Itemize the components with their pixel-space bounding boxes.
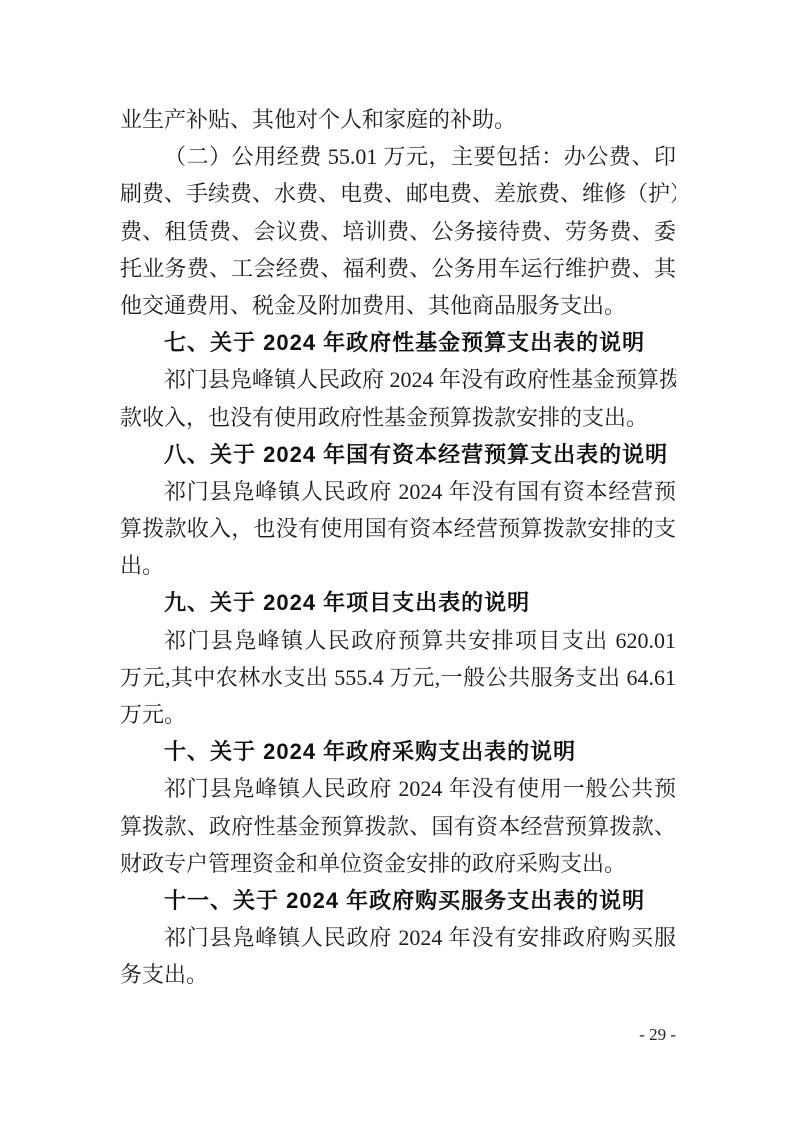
body-line: 算拨款收入，也没有使用国有资本经营预算拨款安排的支 bbox=[120, 510, 676, 547]
body-line: 刷费、手续费、水费、电费、邮电费、差旅费、维修（护） bbox=[120, 175, 676, 212]
body-line: 款收入，也没有使用政府性基金预算拨款安排的支出。 bbox=[120, 399, 676, 436]
heading-state-capital-budget: 八、关于 2024 年国有资本经营预算支出表的说明 bbox=[120, 436, 676, 473]
body-line: 祁门县凫峰镇人民政府 2024 年没有政府性基金预算拨 bbox=[120, 361, 676, 398]
body-line: 出。 bbox=[120, 547, 676, 584]
body-line: 算拨款、政府性基金预算拨款、国有资本经营预算拨款、 bbox=[120, 808, 676, 845]
body-line: 财政专户管理资金和单位资金安排的政府采购支出。 bbox=[120, 845, 676, 882]
body-line: 托业务费、工会经费、福利费、公务用车运行维护费、其 bbox=[120, 250, 676, 287]
heading-purchase-services: 十一、关于 2024 年政府购买服务支出表的说明 bbox=[120, 882, 676, 919]
body-line: 他交通费用、税金及附加费用、其他商品服务支出。 bbox=[120, 287, 676, 324]
body-line: 务支出。 bbox=[120, 956, 676, 993]
body-line: （二）公用经费 55.01 万元，主要包括：办公费、印 bbox=[120, 138, 676, 175]
body-line: 祁门县凫峰镇人民政府预算共安排项目支出 620.01 bbox=[120, 622, 676, 659]
body-line: 祁门县凫峰镇人民政府 2024 年没有安排政府购买服 bbox=[120, 919, 676, 956]
heading-gov-fund-budget: 七、关于 2024 年政府性基金预算支出表的说明 bbox=[120, 324, 676, 361]
heading-gov-procurement: 十、关于 2024 年政府采购支出表的说明 bbox=[120, 733, 676, 770]
body-line: 业生产补贴、其他对个人和家庭的补助。 bbox=[120, 101, 676, 138]
body-line: 祁门县凫峰镇人民政府 2024 年没有使用一般公共预 bbox=[120, 770, 676, 807]
body-line: 万元,其中农林水支出 555.4 万元,一般公共服务支出 64.61 bbox=[120, 659, 676, 696]
body-line: 费、租赁费、会议费、培训费、公务接待费、劳务费、委 bbox=[120, 213, 676, 250]
body-line: 万元。 bbox=[120, 696, 676, 733]
page-number: - 29 - bbox=[120, 1024, 676, 1046]
body-line: 祁门县凫峰镇人民政府 2024 年没有国有资本经营预 bbox=[120, 473, 676, 510]
document-body: 业生产补贴、其他对个人和家庭的补助。 （二）公用经费 55.01 万元，主要包括… bbox=[120, 101, 676, 994]
heading-project-expenditure: 九、关于 2024 年项目支出表的说明 bbox=[120, 584, 676, 621]
document-page: 业生产补贴、其他对个人和家庭的补助。 （二）公用经费 55.01 万元，主要包括… bbox=[0, 0, 793, 1122]
